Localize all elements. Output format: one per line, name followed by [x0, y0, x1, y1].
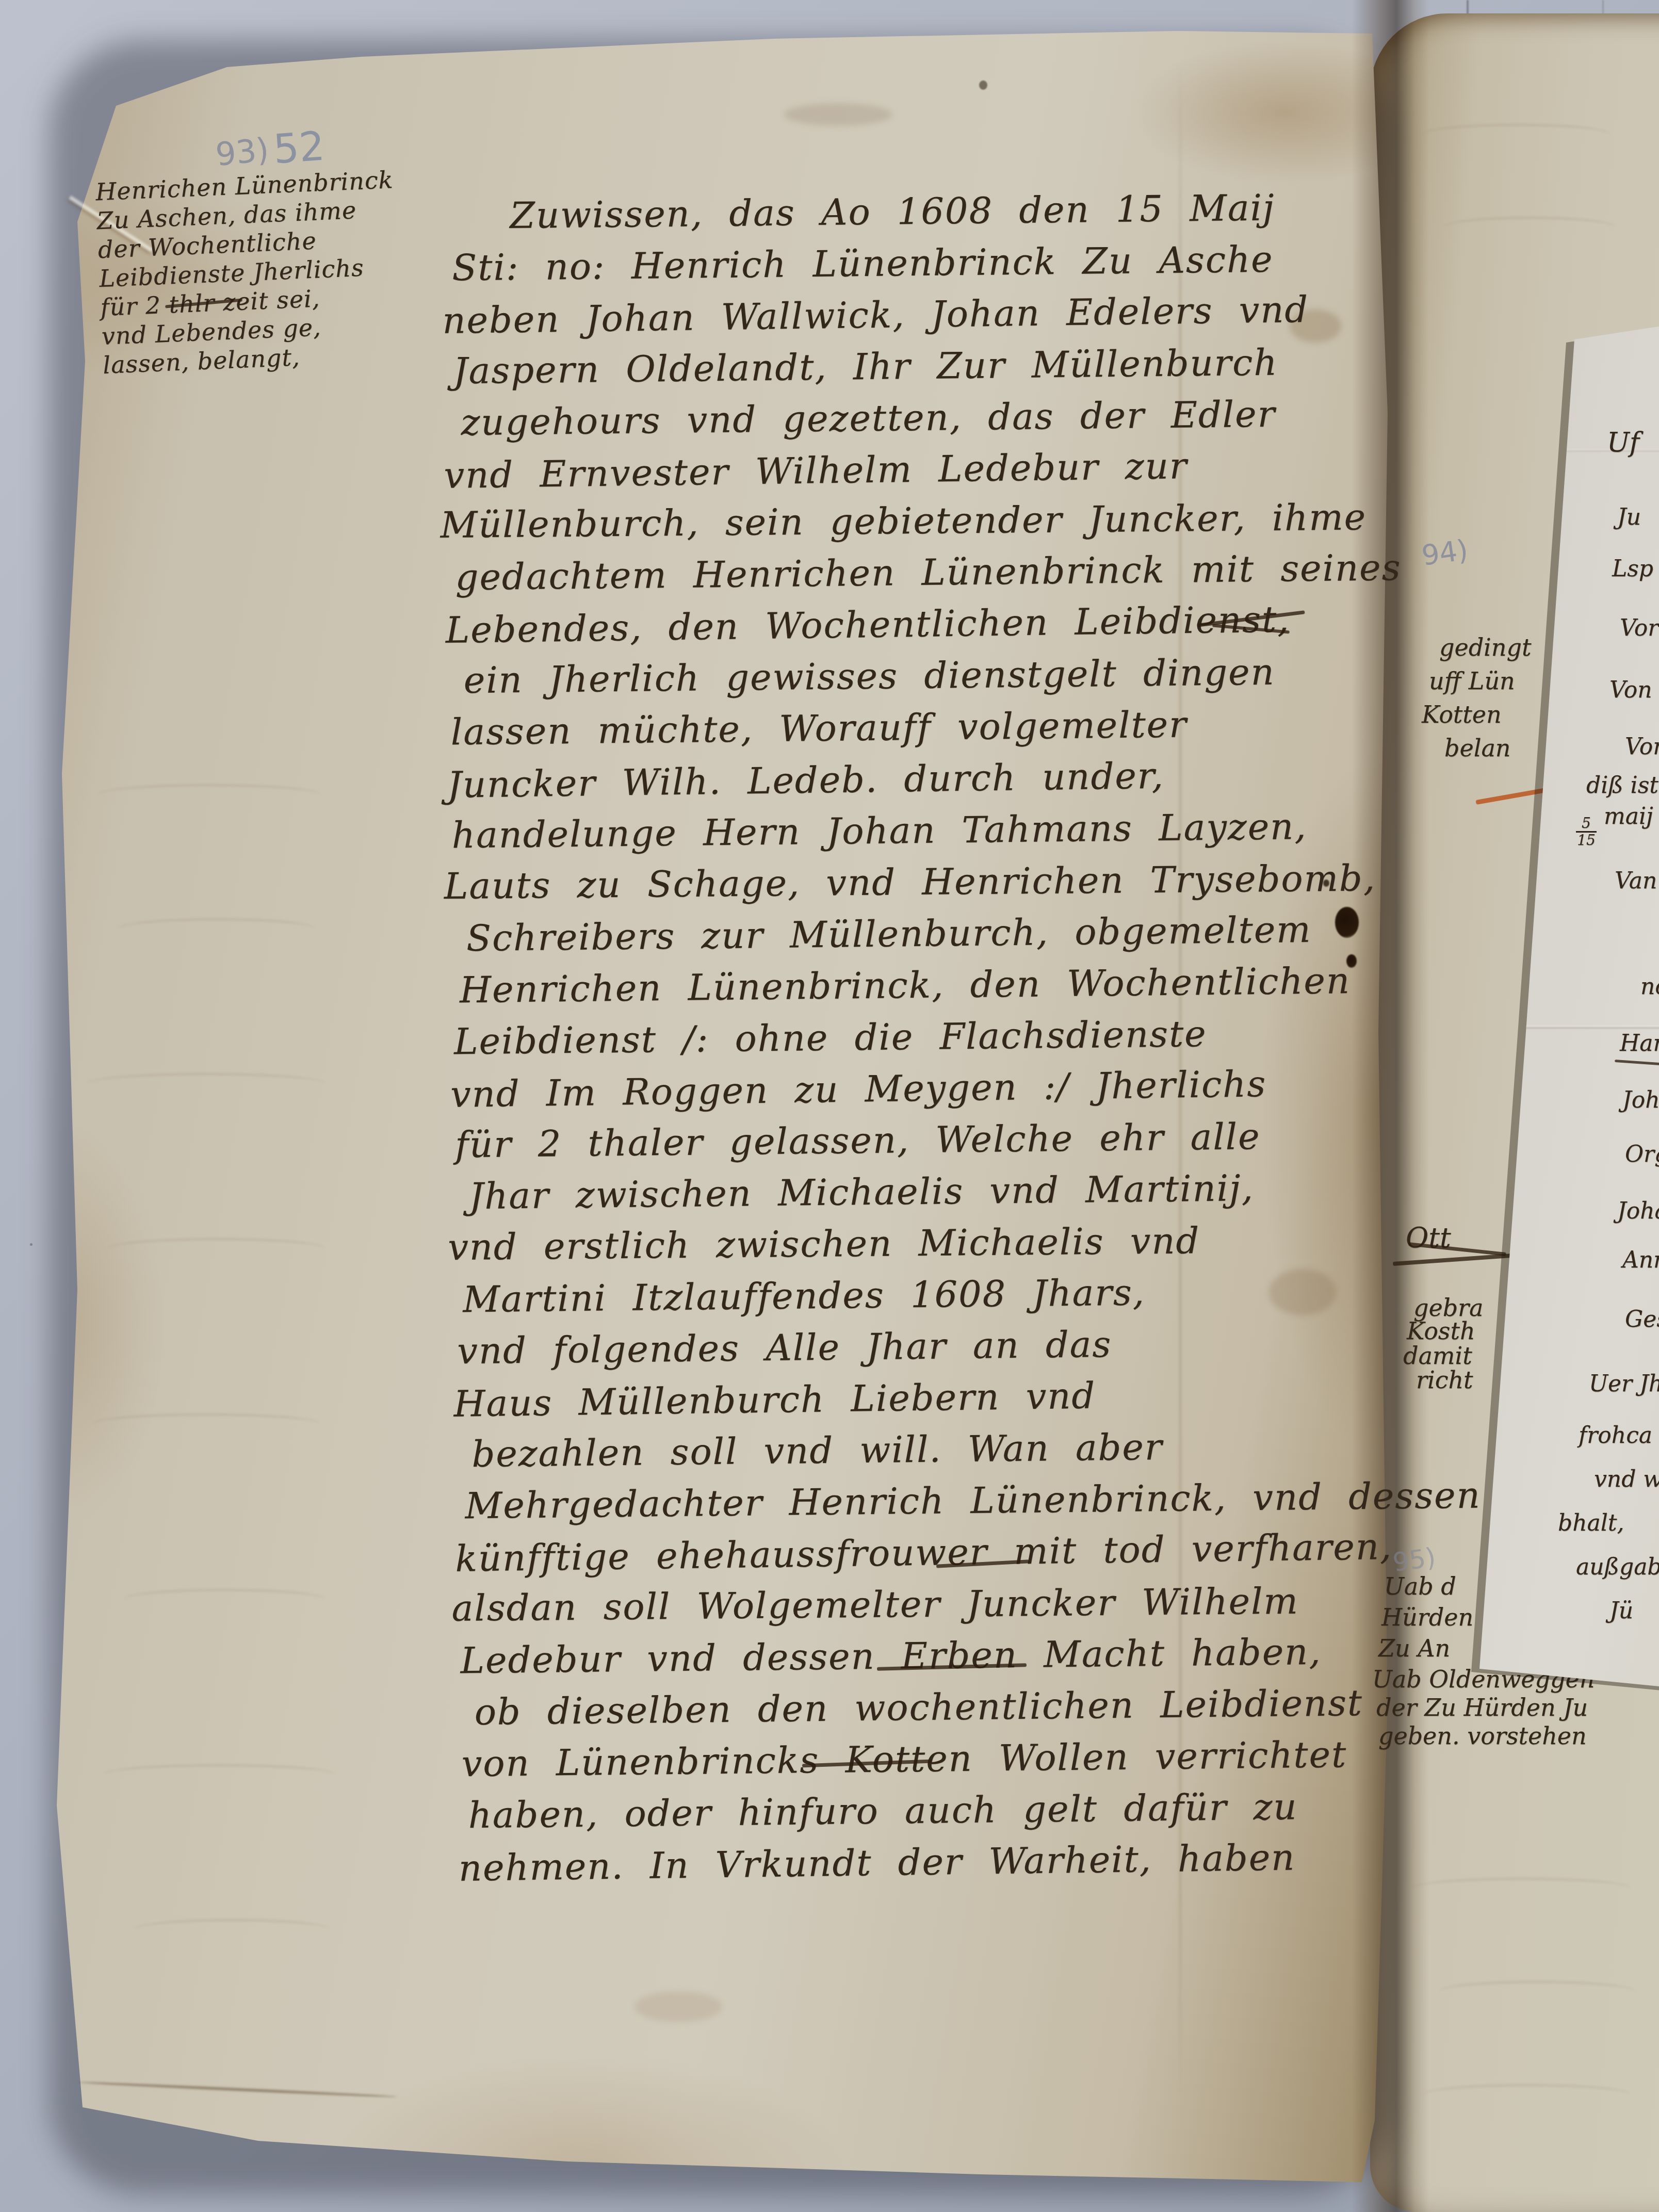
- manuscript-line: handelunge Hern Johan Tahmans Layzen,: [451, 800, 1370, 861]
- margin-note-line: richt: [1416, 1364, 1473, 1395]
- bleed-through-mark: [108, 1238, 325, 1259]
- ink-underline: [1615, 1060, 1659, 1070]
- sheet-text-fragment: Uf: [1607, 428, 1639, 457]
- folio-number-pencil: 94): [1420, 533, 1470, 572]
- manuscript-line: Jhar zwischen Michaelis vnd Martinij,: [469, 1161, 1388, 1222]
- sheet-text-fragment: diß ist d: [1586, 771, 1659, 800]
- manuscript-line: Ledebur vnd dessen Erben Macht haben,: [460, 1625, 1379, 1687]
- bleed-through-mark: [98, 784, 320, 805]
- margin-note-line: belan: [1444, 733, 1510, 763]
- sheet-text-fragment: Uer Jh: [1589, 1370, 1659, 1398]
- date-fraction: 515 maij: [1576, 802, 1653, 848]
- bleed-through-mark: [1424, 124, 1609, 144]
- manuscript-line: von Lünenbrincks Kotten Wollen verrichte…: [461, 1729, 1380, 1790]
- bleed-through-mark: [1413, 1878, 1630, 1898]
- sheet-text-fragment: Van: [1615, 867, 1657, 896]
- manuscript-line: bezahlen soll vnd will. Wan aber: [471, 1419, 1390, 1480]
- paper-stain: [979, 80, 987, 90]
- main-text-block: Zuwissen, das Ao 1608 den 15 Maij Sti: n…: [445, 181, 1381, 1893]
- manuscript-line-fragment: geben. vorstehen: [1378, 1720, 1587, 1751]
- sheet-text-fragment: Vor: [1625, 733, 1659, 761]
- sheet-text-fragment: vnd wa: [1594, 1465, 1659, 1494]
- manuscript-line: ob dieselben den wochentlichen Leibdiens…: [474, 1677, 1393, 1738]
- manuscript-line: Jaspern Oldelandt, Ihr Zur Müllenburch: [453, 336, 1372, 397]
- manuscript-line: Lauts zu Schage, vnd Henrichen Trysebomb…: [444, 852, 1362, 912]
- margin-note: Henrichen Lünenbrinck Zu Aschen, das ihm…: [95, 165, 401, 380]
- manuscript-line: Zuwissen, das Ao 1608 den 15 Maij: [445, 181, 1364, 242]
- manuscript-line: künfftige ehehaussfrouwer mit tod verfha…: [455, 1521, 1374, 1584]
- margin-note-line: uff Lün: [1429, 665, 1515, 696]
- backdrop-speck: [30, 1243, 32, 1246]
- sheet-text-fragment: no: [1640, 972, 1659, 1001]
- sheet-text-fragment: bhalt,: [1558, 1509, 1624, 1538]
- bleed-through-mark: [134, 1919, 330, 1940]
- manuscript-line: Müllenburch, sein gebietender Juncker, i…: [440, 491, 1359, 551]
- sheet-text-fragment: Von: [1609, 676, 1652, 705]
- paper-stain: [784, 103, 892, 126]
- manuscript-line: nehmen. In Vrkundt der Warheit, haben: [458, 1830, 1377, 1894]
- margin-note-line: gedingt: [1439, 632, 1531, 663]
- manuscript-line-fragment: der Zu Hürden Ju: [1376, 1692, 1588, 1723]
- folio-number-pencil: 93): [214, 131, 270, 173]
- manuscript-line: vnd Ernvester Wilhelm Ledebur zur: [444, 437, 1362, 501]
- manuscript-line: vnd erstlich zwischen Michaelis vnd: [448, 1213, 1367, 1273]
- manuscript-line: alsdan soll Wolgemelter Juncker Wilhelm: [451, 1574, 1370, 1634]
- date-month: maij: [1604, 803, 1653, 829]
- ink-blot: [1323, 880, 1329, 887]
- sheet-text-fragment: frohca: [1579, 1421, 1652, 1450]
- manuscript-line: ein Jherlich gewisses dienstgelt dingen: [463, 645, 1382, 706]
- sheet-text-fragment: Vor: [1620, 614, 1658, 643]
- manuscript-line: für 2 thaler gelassen, Welche ehr alle: [455, 1110, 1374, 1171]
- date-numerator: 5: [1576, 816, 1597, 831]
- bleed-through-mark: [1444, 217, 1615, 237]
- bleed-through-mark: [124, 1589, 325, 1609]
- paper-stain: [635, 1991, 722, 2022]
- sheet-text-fragment: Lsp: [1612, 555, 1653, 583]
- sheet-text-fragment: außgab: [1576, 1553, 1659, 1582]
- margin-note-line: Kotten: [1422, 699, 1502, 730]
- bleed-through-mark: [119, 918, 315, 939]
- bleed-through-mark: [1439, 1981, 1635, 2002]
- sheet-text-fragment: Ann: [1622, 1246, 1659, 1275]
- manuscript-photo: 93) 52 Henrichen Lünenbrinck Zu Aschen, …: [0, 0, 1659, 2212]
- sheet-text-fragment: Jü: [1609, 1597, 1633, 1625]
- sheet-text-fragment: Johan: [1617, 1197, 1659, 1226]
- sheet-text-fragment: Ju: [1617, 503, 1641, 532]
- sheet-text-fragment: Joh: [1622, 1086, 1659, 1115]
- sheet-text-fragment: Org: [1625, 1140, 1659, 1169]
- folio-number-pencil: 52: [272, 123, 326, 173]
- bleed-through-mark: [88, 1073, 325, 1094]
- manuscript-line: Schreibers zur Müllenburch, obgemeltem: [466, 903, 1385, 964]
- ink-blot: [1335, 907, 1359, 938]
- manuscript-line-fragment: Hürden: [1381, 1602, 1473, 1633]
- sheet-text-fragment: Har: [1620, 1029, 1659, 1058]
- date-denominator: 15: [1576, 833, 1597, 848]
- manuscript-line: Henrichen Lünenbrinck, den Wochentlichen: [459, 955, 1378, 1016]
- bleed-through-mark: [93, 1413, 320, 1434]
- manuscript-line-fragment: Zu An: [1378, 1633, 1450, 1664]
- ink-blot: [1346, 954, 1357, 968]
- sheet-text-fragment: Gese: [1625, 1305, 1659, 1334]
- date-fraction-stack: 515: [1576, 816, 1597, 848]
- bleed-through-mark: [1424, 2084, 1630, 2105]
- bleed-through-mark: [103, 1764, 335, 1785]
- manuscript-line-fragment: Uab d: [1384, 1571, 1456, 1602]
- manuscript-line: Martini Itzlauffendes 1608 Jhars,: [463, 1264, 1381, 1326]
